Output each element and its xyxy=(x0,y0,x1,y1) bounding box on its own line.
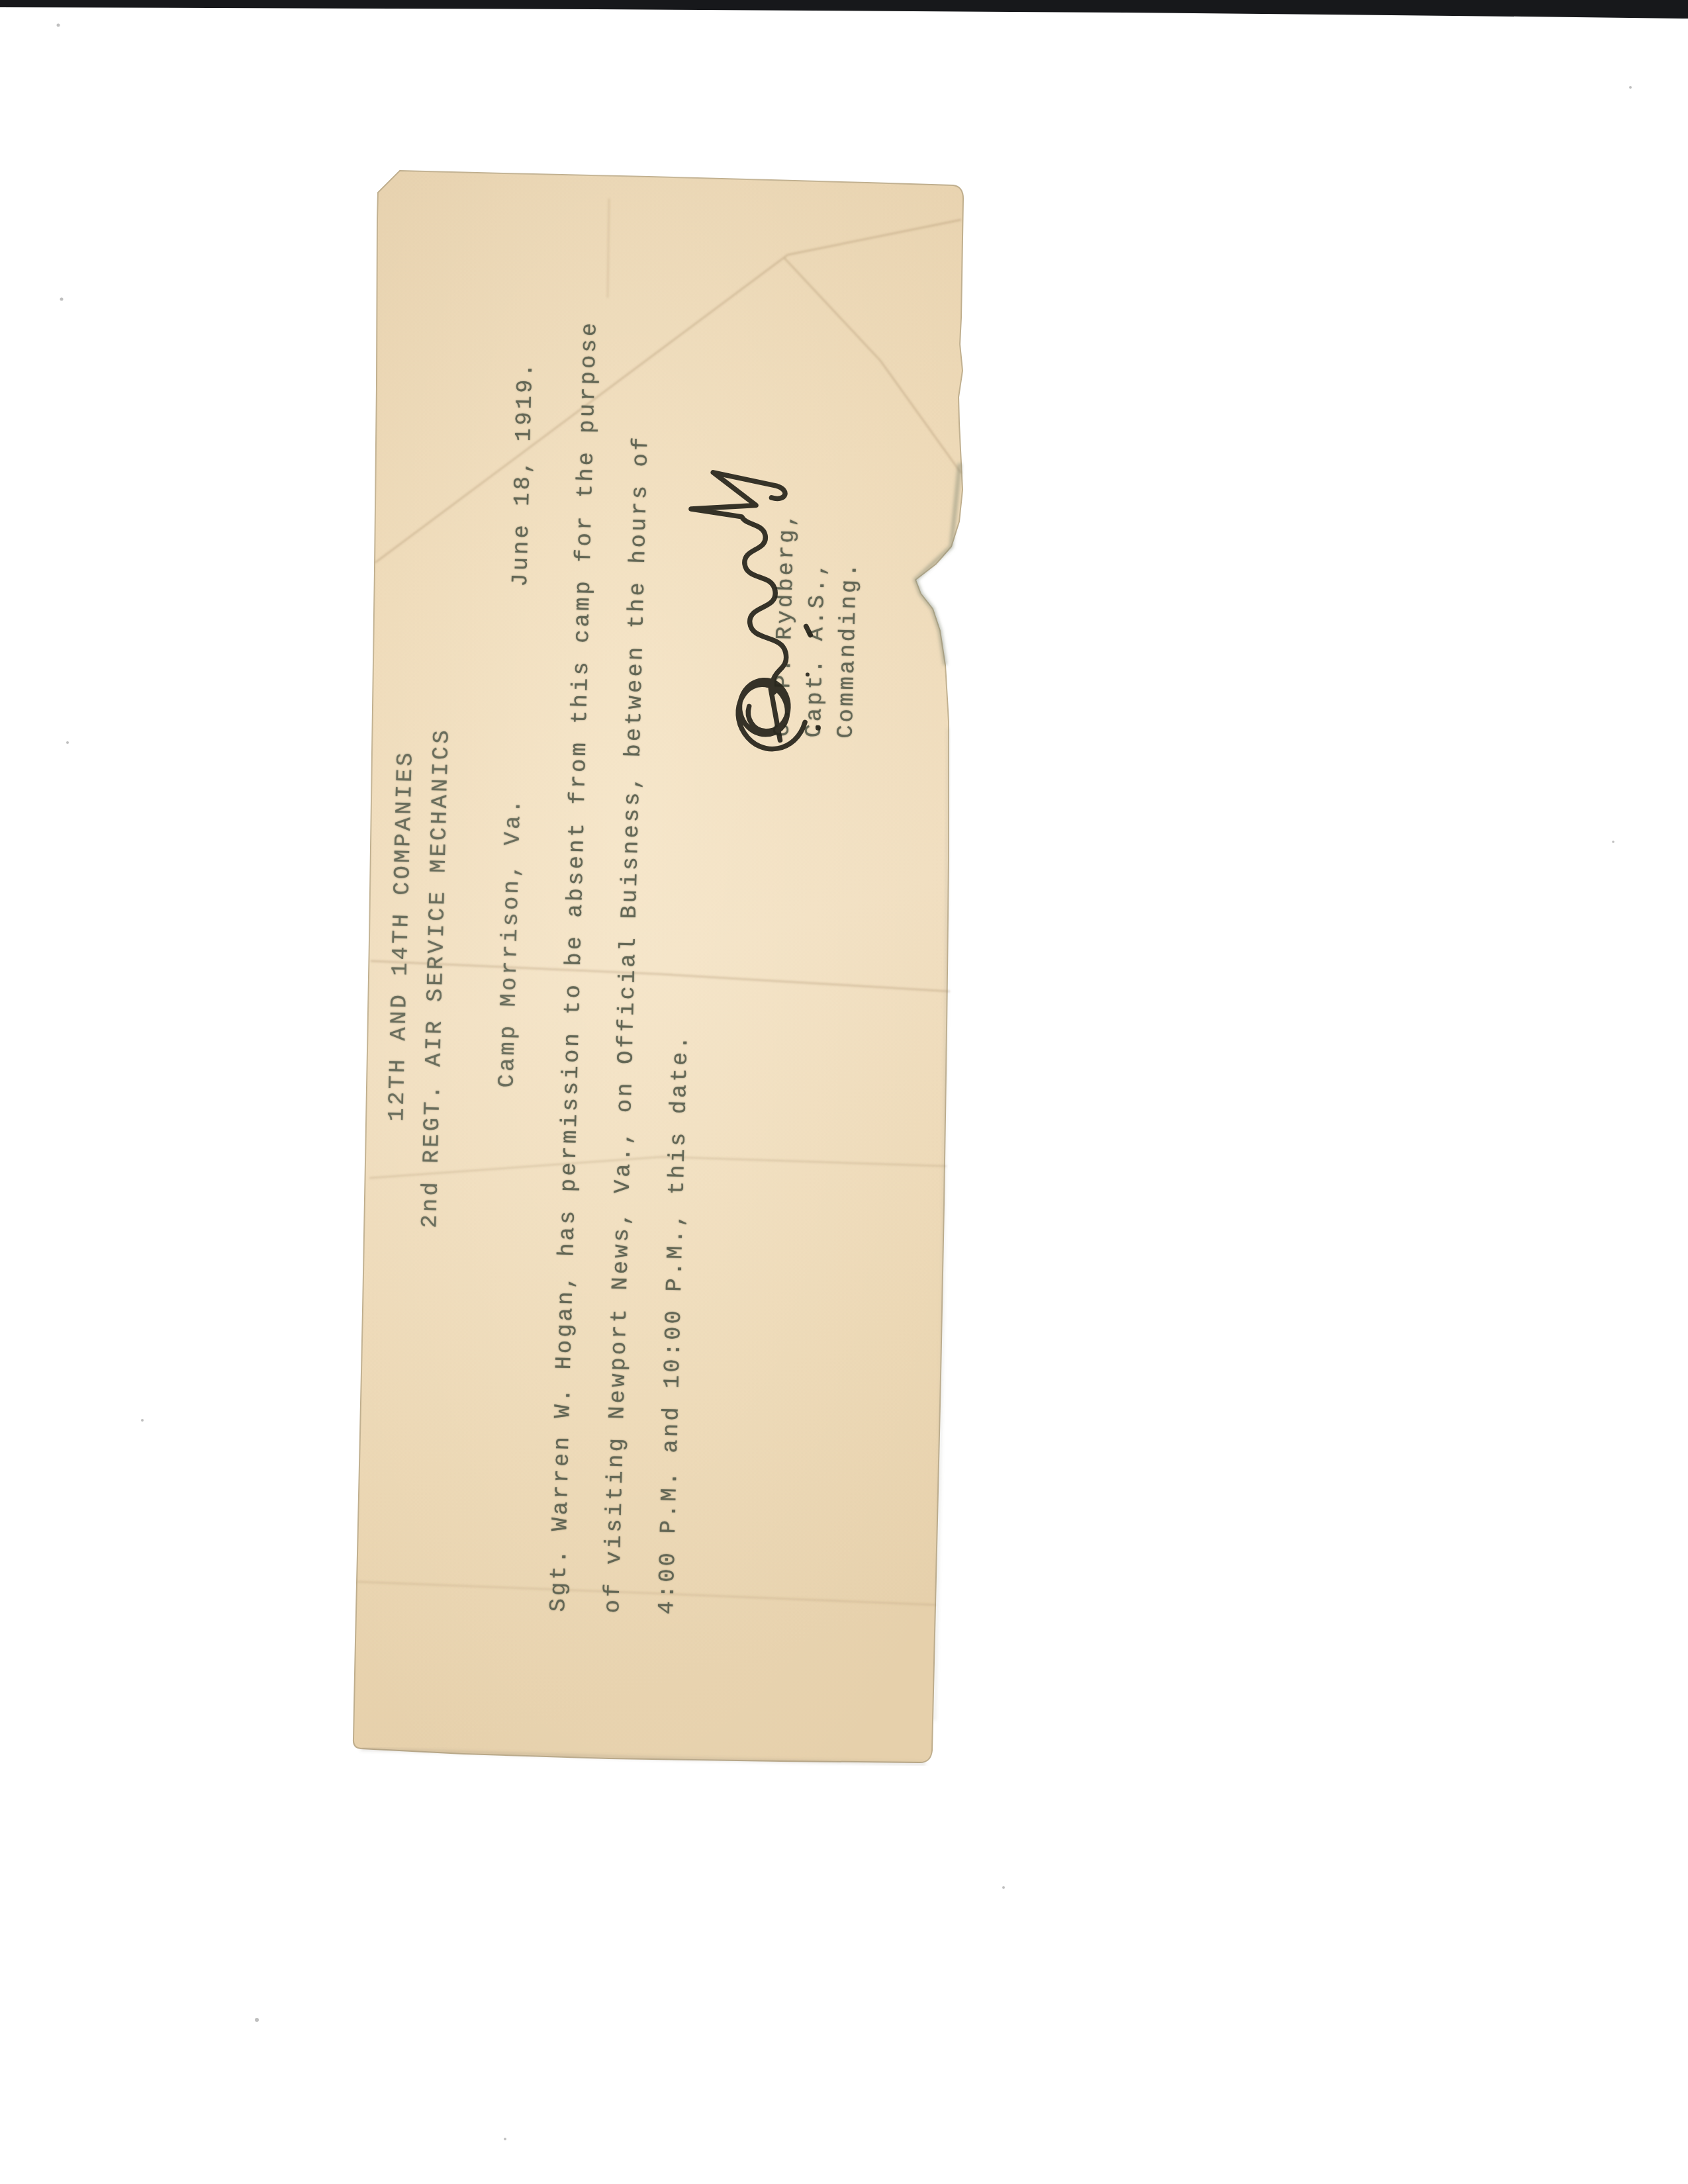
scanner-bed: 12TH AND 14TH COMPANIES 2nd REGT. AIR SE… xyxy=(0,0,1688,2184)
scanner-edge-bar xyxy=(0,0,1688,19)
document-rotated-text: 12TH AND 14TH COMPANIES 2nd REGT. AIR SE… xyxy=(351,168,964,1763)
handwritten-signature xyxy=(351,168,964,1763)
